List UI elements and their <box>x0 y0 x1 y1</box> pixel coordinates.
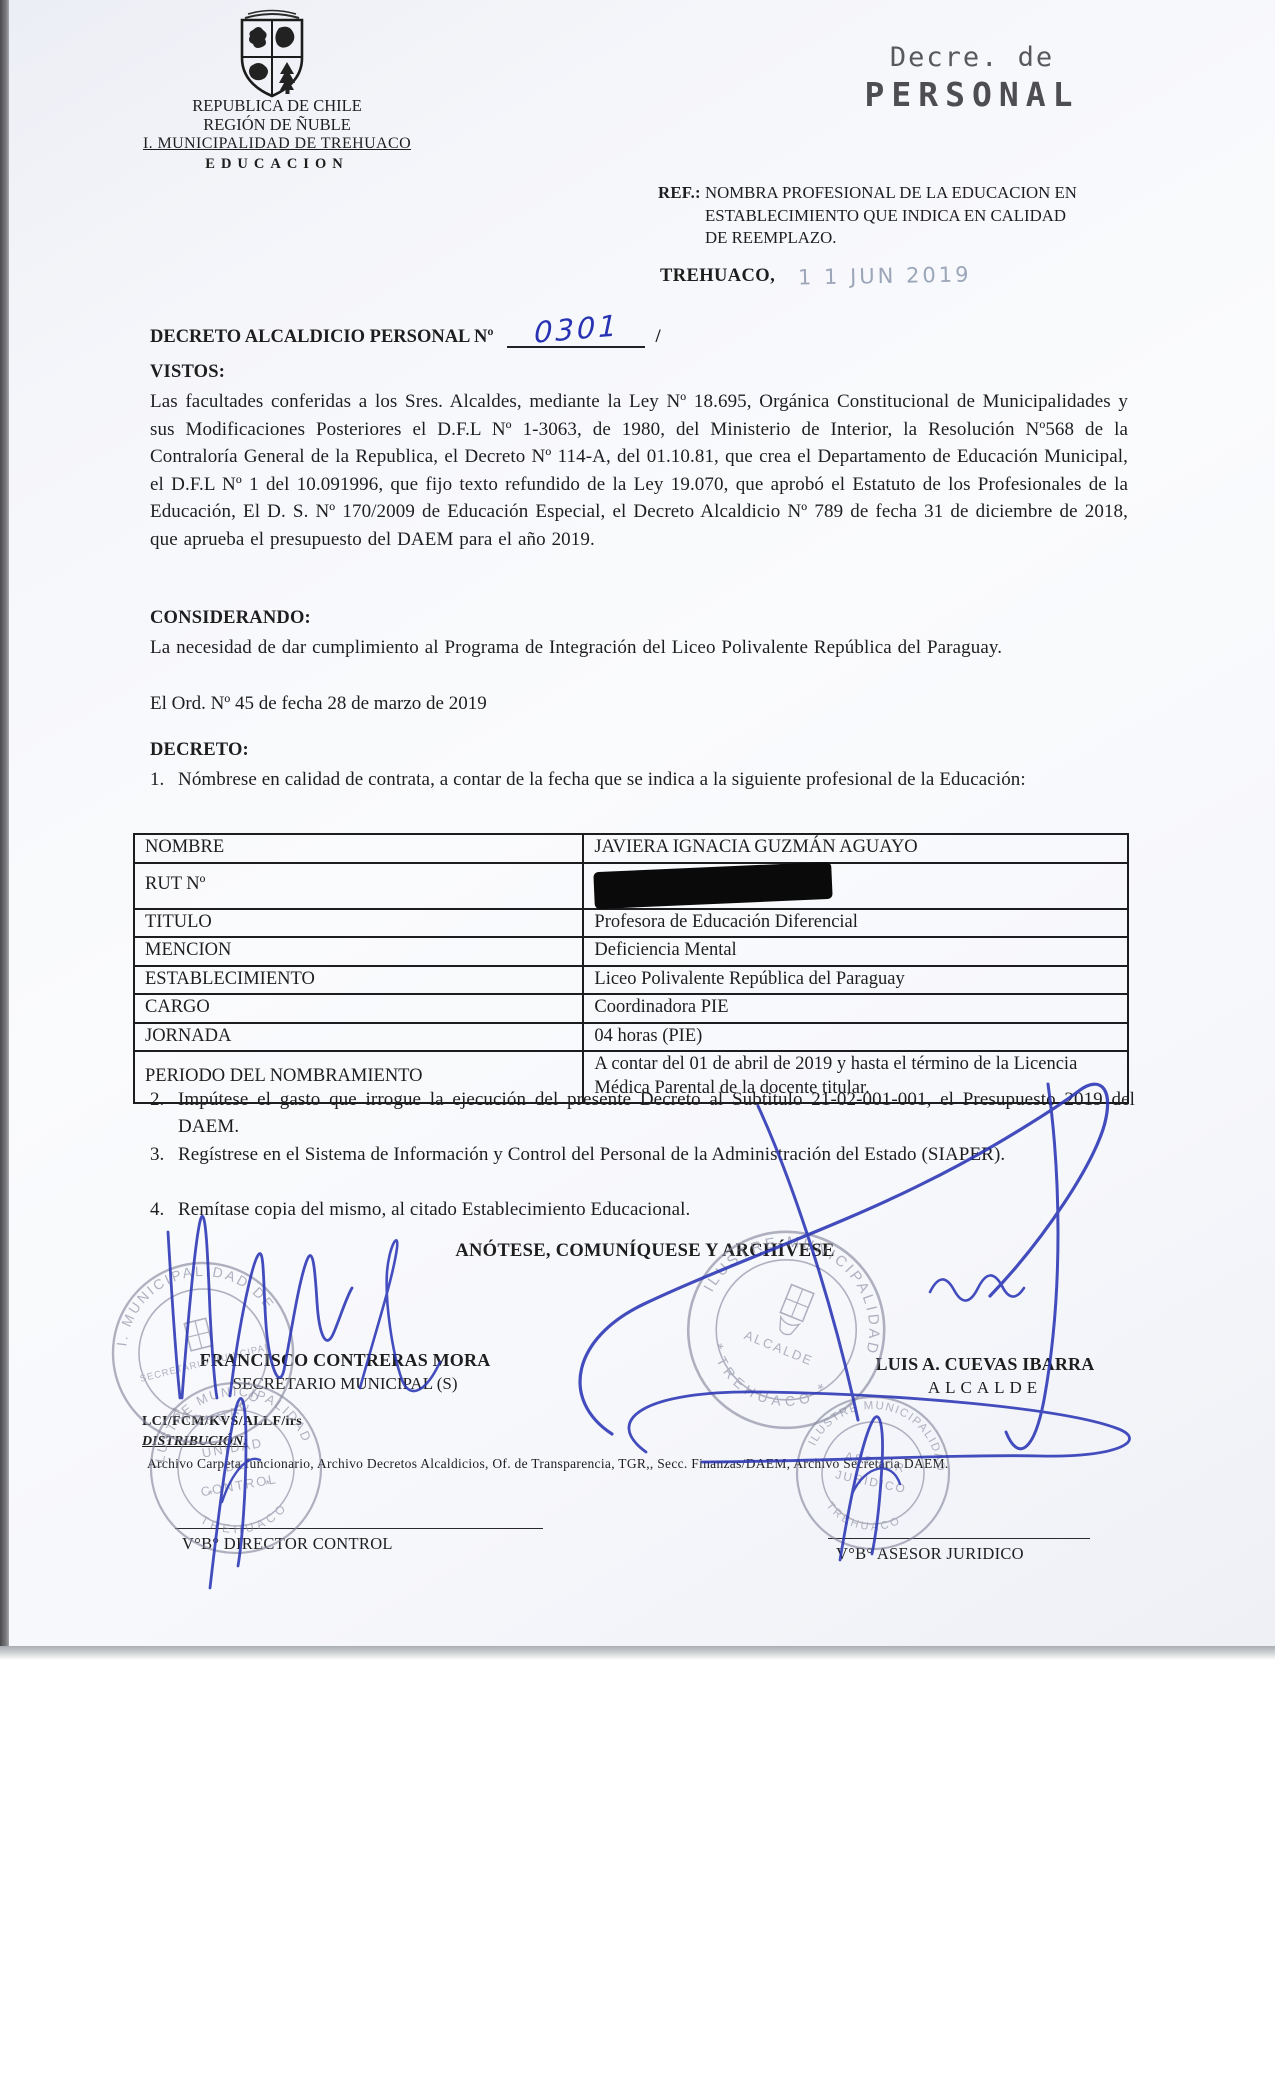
mayor-signature-flourish <box>629 1392 1130 1462</box>
mayor-signature-stroke <box>580 1084 1108 1434</box>
mayor-signature-stroke <box>1006 1084 1058 1449</box>
scanned-decree-page: REPUBLICA DE CHILE REGIÓN DE ÑUBLE I. MU… <box>0 0 1275 2100</box>
control-signature-stroke <box>222 1459 260 1502</box>
ink-signatures-overlay <box>0 0 1275 1700</box>
mayor-signature-stroke <box>758 1106 858 1420</box>
juridico-signature-stroke <box>840 1417 883 1560</box>
secretary-signature-stroke <box>360 1240 440 1391</box>
control-signature-stroke <box>210 1398 246 1588</box>
secretary-signature-stroke <box>230 1254 352 1396</box>
juridico-signature-stroke <box>852 1468 900 1494</box>
secretary-signature-stroke <box>168 1216 217 1398</box>
mayor-signature-stroke <box>930 1275 1024 1300</box>
